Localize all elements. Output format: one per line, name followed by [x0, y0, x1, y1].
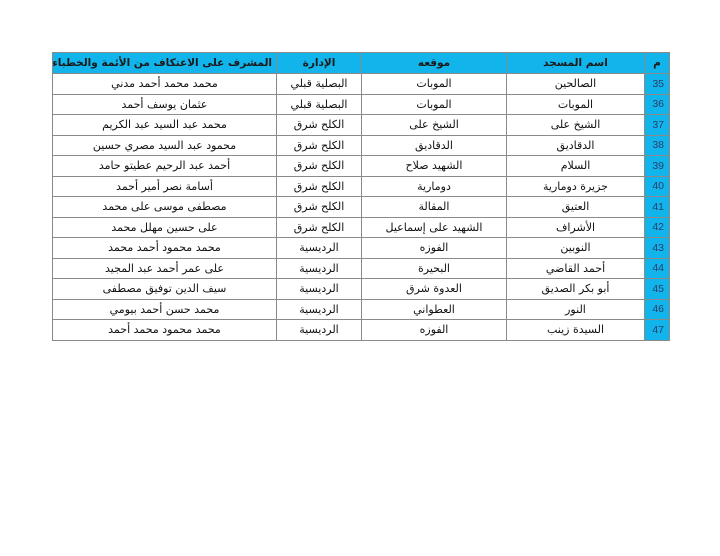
administration-cell: الكلح شرق: [277, 217, 362, 238]
supervisor-cell: أسامة نصر أمير أحمد: [53, 176, 277, 197]
location-cell: الشهيد على إسماعيل: [362, 217, 507, 238]
header-administration: الإدارة: [277, 53, 362, 74]
location-cell: العطواني: [362, 299, 507, 320]
mosque-name-cell: النوبين: [507, 238, 645, 259]
location-cell: دومارية: [362, 176, 507, 197]
table-row: 38 الدقاديق الدقاديق الكلح شرق محمود عبد…: [53, 135, 670, 156]
row-number: 41: [645, 197, 670, 218]
administration-cell: الكلح شرق: [277, 135, 362, 156]
supervisor-cell: محمود عبد السيد مصري حسين: [53, 135, 277, 156]
header-supervisor: المشرف على الاعتكاف من الأئمة والخطباء: [53, 53, 277, 74]
row-number: 44: [645, 258, 670, 279]
administration-cell: الرديسية: [277, 320, 362, 341]
row-number: 47: [645, 320, 670, 341]
table-row: 44 أحمد القاضي البحيرة الرديسية على عمر …: [53, 258, 670, 279]
document-page: م اسم المسجد موقعه الإدارة المشرف على ال…: [0, 0, 720, 556]
mosque-name-cell: الدقاديق: [507, 135, 645, 156]
location-cell: الموبات: [362, 94, 507, 115]
mosque-name-cell: الموبات: [507, 94, 645, 115]
administration-cell: الرديسية: [277, 258, 362, 279]
administration-cell: البصلية قبلي: [277, 94, 362, 115]
row-number: 38: [645, 135, 670, 156]
supervisor-cell: محمد محمود أحمد محمد: [53, 238, 277, 259]
row-number: 36: [645, 94, 670, 115]
table-row: 45 أبو بكر الصديق العدوة شرق الرديسية سي…: [53, 279, 670, 300]
row-number: 43: [645, 238, 670, 259]
mosque-name-cell: السلام: [507, 156, 645, 177]
row-number: 39: [645, 156, 670, 177]
header-num: م: [645, 53, 670, 74]
administration-cell: البصلية قبلي: [277, 74, 362, 95]
location-cell: الشهيد صلاح: [362, 156, 507, 177]
administration-cell: الكلح شرق: [277, 115, 362, 136]
supervisor-cell: محمد محمد أحمد مدني: [53, 74, 277, 95]
supervisor-cell: محمد حسن أحمد بيومي: [53, 299, 277, 320]
header-mosque-name: اسم المسجد: [507, 53, 645, 74]
mosque-name-cell: الشيخ على: [507, 115, 645, 136]
row-number: 35: [645, 74, 670, 95]
location-cell: الفوزه: [362, 320, 507, 341]
location-cell: البحيرة: [362, 258, 507, 279]
supervisor-cell: أحمد عبد الرحيم عطيتو حامد: [53, 156, 277, 177]
row-number: 40: [645, 176, 670, 197]
table-row: 36 الموبات الموبات البصلية قبلي عثمان يو…: [53, 94, 670, 115]
table-row: 41 العتيق المقالة الكلح شرق مصطفى موسى ع…: [53, 197, 670, 218]
table-row: 42 الأشراف الشهيد على إسماعيل الكلح شرق …: [53, 217, 670, 238]
administration-cell: الرديسية: [277, 299, 362, 320]
supervisor-cell: على حسين مهلل محمد: [53, 217, 277, 238]
location-cell: المقالة: [362, 197, 507, 218]
table-row: 40 جزيرة دومارية دومارية الكلح شرق أسامة…: [53, 176, 670, 197]
location-cell: العدوة شرق: [362, 279, 507, 300]
administration-cell: الكلح شرق: [277, 176, 362, 197]
mosque-name-cell: النور: [507, 299, 645, 320]
table-row: 43 النوبين الفوزه الرديسية محمد محمود أح…: [53, 238, 670, 259]
mosque-name-cell: الأشراف: [507, 217, 645, 238]
supervisor-cell: عثمان يوسف أحمد: [53, 94, 277, 115]
location-cell: الموبات: [362, 74, 507, 95]
mosque-name-cell: العتيق: [507, 197, 645, 218]
location-cell: الشيخ على: [362, 115, 507, 136]
table-header-row: م اسم المسجد موقعه الإدارة المشرف على ال…: [53, 53, 670, 74]
row-number: 37: [645, 115, 670, 136]
supervisor-cell: سيف الدين توفيق مصطفى: [53, 279, 277, 300]
table-row: 39 السلام الشهيد صلاح الكلح شرق أحمد عبد…: [53, 156, 670, 177]
supervisor-cell: على عمر أحمد عبد المجيد: [53, 258, 277, 279]
administration-cell: الكلح شرق: [277, 197, 362, 218]
mosque-name-cell: أحمد القاضي: [507, 258, 645, 279]
table-row: 35 الصالحين الموبات البصلية قبلي محمد مح…: [53, 74, 670, 95]
row-number: 45: [645, 279, 670, 300]
administration-cell: الرديسية: [277, 279, 362, 300]
table-row: 46 النور العطواني الرديسية محمد حسن أحمد…: [53, 299, 670, 320]
mosque-supervisors-table: م اسم المسجد موقعه الإدارة المشرف على ال…: [52, 52, 670, 341]
mosque-name-cell: جزيرة دومارية: [507, 176, 645, 197]
administration-cell: الرديسية: [277, 238, 362, 259]
row-number: 46: [645, 299, 670, 320]
mosque-name-cell: أبو بكر الصديق: [507, 279, 645, 300]
row-number: 42: [645, 217, 670, 238]
supervisor-cell: مصطفى موسى على محمد: [53, 197, 277, 218]
location-cell: الفوزه: [362, 238, 507, 259]
table-row: 47 السيدة زينب الفوزه الرديسية محمد محمو…: [53, 320, 670, 341]
table-row: 37 الشيخ على الشيخ على الكلح شرق محمد عب…: [53, 115, 670, 136]
supervisor-cell: محمد محمود محمد أحمد: [53, 320, 277, 341]
header-location: موقعه: [362, 53, 507, 74]
supervisor-cell: محمد عبد السيد عبد الكريم: [53, 115, 277, 136]
mosque-name-cell: الصالحين: [507, 74, 645, 95]
mosque-name-cell: السيدة زينب: [507, 320, 645, 341]
location-cell: الدقاديق: [362, 135, 507, 156]
administration-cell: الكلح شرق: [277, 156, 362, 177]
